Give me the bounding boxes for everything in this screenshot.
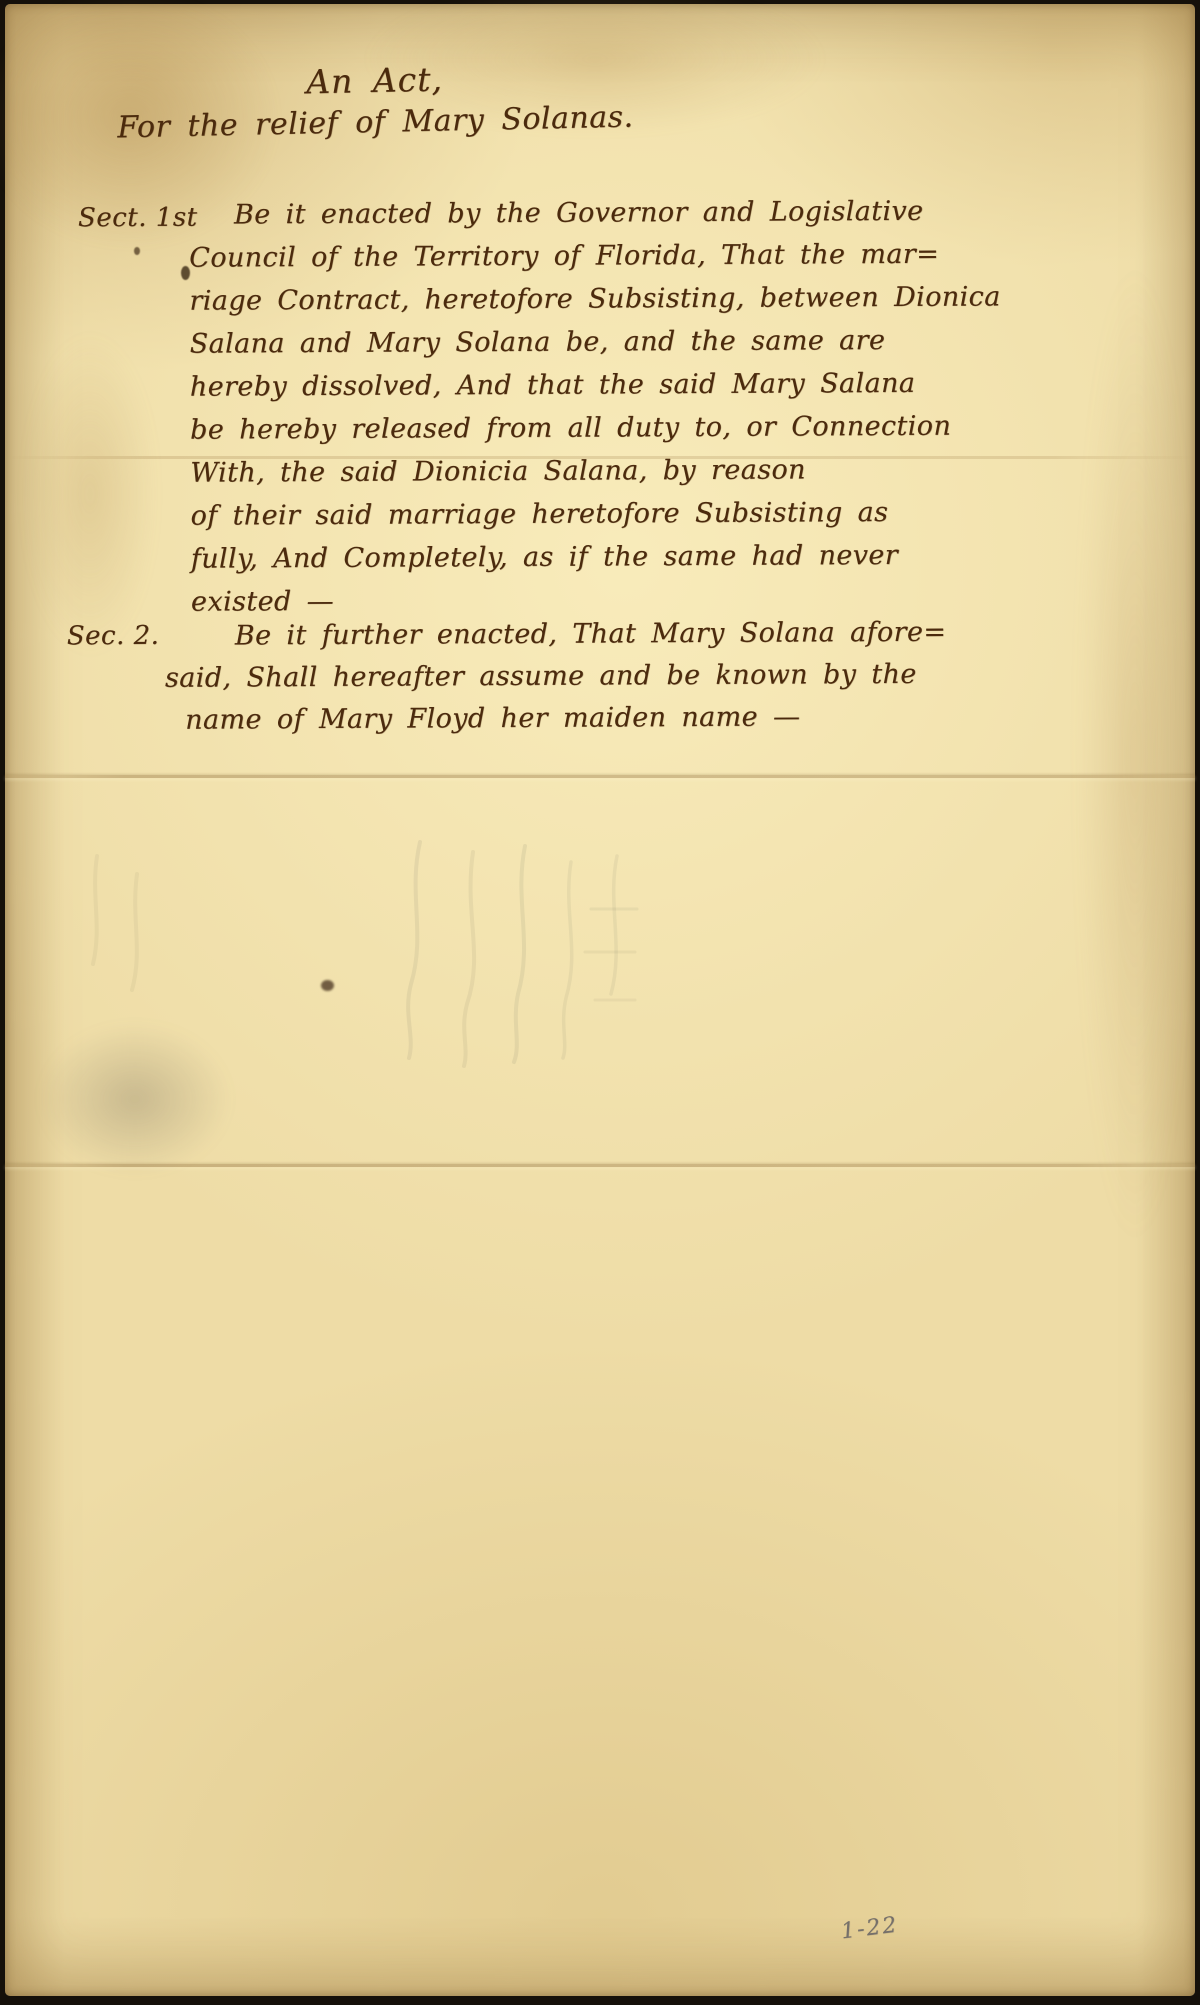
text-line: name of Mary Floyd her maiden name — xyxy=(185,696,955,742)
text-line: said, Shall hereafter assume and be know… xyxy=(165,654,955,700)
text-line: fully, And Completely, as if the same ha… xyxy=(191,534,956,581)
text-line: Salana and Mary Solana be, and the same … xyxy=(190,319,955,366)
paper-stain-right-edge xyxy=(1080,264,1190,1244)
ink-blot xyxy=(321,980,334,991)
section-2: Sec. 2. Be it further enacted, That Mary… xyxy=(65,612,956,743)
text-line: hereby dissolved, And that the said Mary… xyxy=(190,362,955,409)
section-2-label: Sec. 2. xyxy=(67,621,160,651)
scanned-document: An Act, For the relief of Mary Solanas. … xyxy=(0,0,1200,2005)
section-1-label: Sect. 1st xyxy=(78,203,198,234)
page-annotation: 1-22 xyxy=(840,1913,900,1945)
fold-crease-lower xyxy=(5,1164,1195,1167)
text-line: With, the said Dionicia Salana, by reaso… xyxy=(190,448,955,495)
text-line: Be it further enacted, That Mary Solana … xyxy=(235,612,955,658)
text-line: Council of the Territory of Florida, Tha… xyxy=(189,233,954,280)
text-line: Be it enacted by the Governor and Logisl… xyxy=(234,190,954,237)
document-title: An Act, For the relief of Mary Solanas. xyxy=(24,53,726,152)
paper-stain-left-middle xyxy=(40,1024,230,1174)
text-line: of their said marriage heretofore Subsis… xyxy=(190,491,955,538)
fold-crease-middle xyxy=(5,775,1195,778)
manuscript-paper: An Act, For the relief of Mary Solanas. … xyxy=(5,4,1195,1996)
text-line: be hereby released from all duty to, or … xyxy=(190,405,955,452)
text-line: riage Contract, heretofore Subsisting, b… xyxy=(189,276,954,323)
section-1: Sect. 1st Be it enacted by the Governor … xyxy=(64,190,956,625)
